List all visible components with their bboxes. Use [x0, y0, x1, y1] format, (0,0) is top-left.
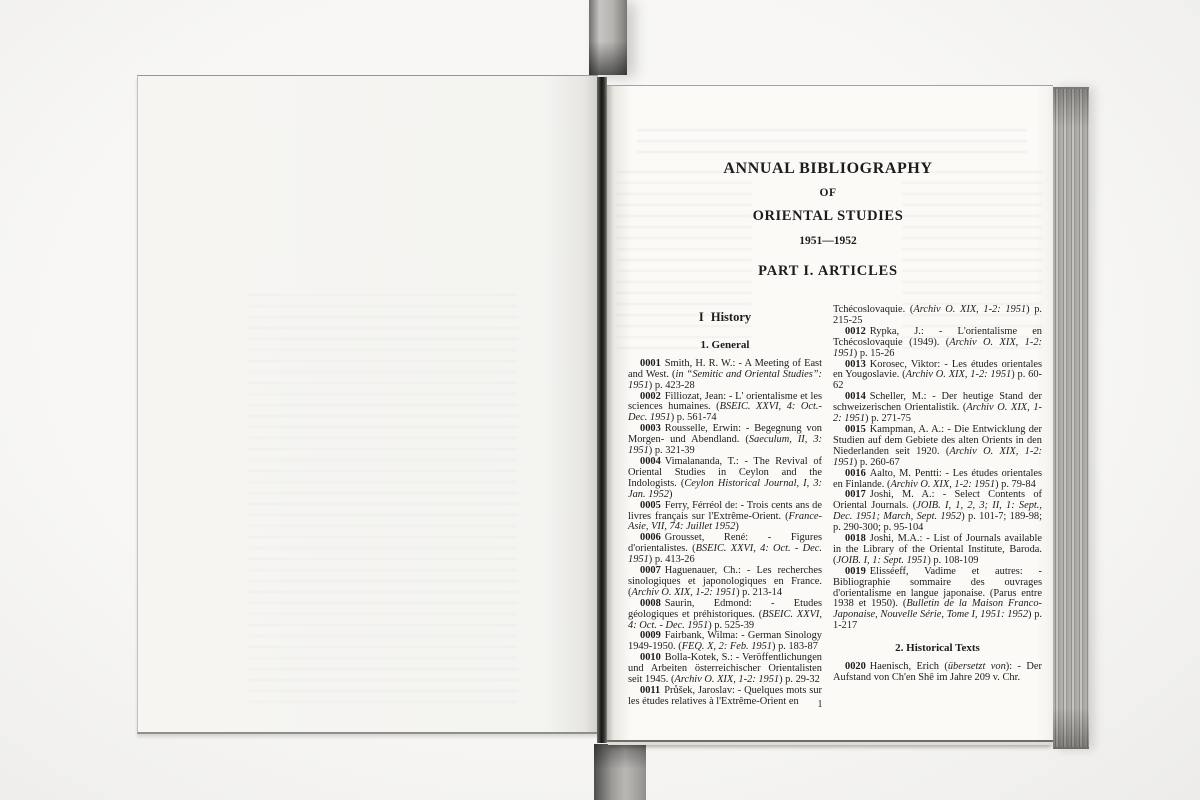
bib-entry: 0003Rousselle, Erwin: - Begegnung von Mo…: [628, 424, 822, 457]
bib-entry: 0010Bolla-Kotek, S.: - Veröffentlichunge…: [628, 653, 822, 686]
bib-entry: 0011Průšek, Jaroslav: - Quelques mots su…: [628, 686, 822, 708]
show-through-text: [248, 291, 518, 711]
bib-entry: 0004Vimalananda, T.: - The Revival of Or…: [628, 457, 822, 501]
bib-entry: 0019Elisséeff, Vadime et autres: - Bibli…: [833, 567, 1042, 632]
bib-entry: 0018Joshi, M.A.: - List of Journals avai…: [833, 534, 1042, 567]
bib-entry-number: 0011: [640, 685, 664, 696]
bib-entry: 0005Ferry, Férréol de: - Trois cents ans…: [628, 501, 822, 534]
bib-entry: 0001Smith, H. R. W.: - A Meeting of East…: [628, 359, 822, 392]
bib-entry-continuation: Tchécoslovaquie. (Archiv O. XIX, 1-2: 19…: [833, 305, 1042, 327]
bib-entry-number: 0017: [845, 489, 870, 500]
bib-entry-number: 0012: [845, 326, 870, 337]
bib-entry-number: 0019: [845, 566, 870, 577]
bib-entry: 0015Kampman, A. A.: - Die Entwicklung de…: [833, 425, 1042, 469]
right-text-column: Tchécoslovaquie. (Archiv O. XIX, 1-2: 19…: [833, 305, 1042, 684]
book-title-years: 1951—1952: [628, 235, 1028, 247]
bib-entry-number: 0015: [845, 424, 870, 435]
bib-entry: 0020Haenisch, Erich (übersetzt von): - D…: [833, 662, 1042, 684]
section-heading-history: I History: [628, 312, 822, 323]
left-text-column: I History 1. General 0001Smith, H. R. W.…: [628, 312, 822, 708]
bib-entry: 0002Filliozat, Jean: - L' orientalisme e…: [628, 392, 822, 425]
show-through-text: [637, 126, 1027, 160]
bib-entry-number: 0001: [640, 358, 665, 369]
bib-entry: 0006Grousset, René: - Figures d'oriental…: [628, 533, 822, 566]
bib-entry-number: 0003: [640, 423, 665, 434]
bib-entry-number: 0009: [640, 630, 665, 641]
subsection-heading-historical-texts: 2. Historical Texts: [833, 643, 1042, 654]
bib-entry-number: 0006: [640, 532, 665, 543]
bib-entry: 0007Haguenauer, Ch.: - Les recherches si…: [628, 566, 822, 599]
book-gutter: [597, 77, 607, 743]
bib-entry-number: 0007: [640, 565, 665, 576]
bib-entry-list: 0001Smith, H. R. W.: - A Meeting of East…: [628, 359, 822, 708]
page-number: 1: [810, 699, 830, 710]
bib-entry-number: 0013: [845, 359, 870, 370]
subsection-heading-general: 1. General: [628, 340, 822, 351]
bib-entry-number: 0005: [640, 500, 665, 511]
book-stand-bottom-strip: [594, 744, 646, 800]
bib-entry: 0016Aalto, M. Pentti: - Les études orien…: [833, 469, 1042, 491]
bib-entry-number: 0014: [845, 391, 870, 402]
page-edges-stack: [1053, 87, 1089, 749]
bib-entry: 0014Scheller, M.: - Der heutige Stand de…: [833, 392, 1042, 425]
scanned-book-spread: ANNUAL BIBLIOGRAPHY OF ORIENTAL STUDIES …: [0, 0, 1200, 800]
title-block: ANNUAL BIBLIOGRAPHY OF ORIENTAL STUDIES …: [628, 160, 1028, 280]
part-heading: PART I. ARTICLES: [628, 263, 1028, 280]
bib-entry-number: 0004: [640, 456, 665, 467]
right-page: ANNUAL BIBLIOGRAPHY OF ORIENTAL STUDIES …: [607, 85, 1053, 742]
book-stand-top-strip: [589, 0, 627, 75]
bib-entry: 0008Saurin, Edmond: - Etudes géologiques…: [628, 599, 822, 632]
book-title-line-1: ANNUAL BIBLIOGRAPHY: [628, 160, 1028, 178]
bib-entry: 0017Joshi, M. A.: - Select Contents of O…: [833, 490, 1042, 534]
bib-entry-list: 0012Rypka, J.: - L'orientalisme en Tchéc…: [833, 327, 1042, 632]
left-page-blank: [137, 75, 598, 734]
bib-entry-number: 0016: [845, 468, 870, 479]
bib-entry-number: 0010: [640, 652, 665, 663]
bib-entry-number: 0008: [640, 598, 665, 609]
book-title-line-2: OF: [628, 187, 1028, 199]
bib-entry-list: 0020Haenisch, Erich (übersetzt von): - D…: [833, 662, 1042, 684]
bib-entry: 0012Rypka, J.: - L'orientalisme en Tchéc…: [833, 327, 1042, 360]
bib-entry-number: 0020: [845, 661, 870, 672]
bib-entry: 0013Korosec, Viktor: - Les études orient…: [833, 360, 1042, 393]
book-title-line-3: ORIENTAL STUDIES: [628, 208, 1028, 225]
bib-entry-number: 0002: [640, 391, 665, 402]
bib-entry: 0009Fairbank, Wilma: - German Sinology 1…: [628, 631, 822, 653]
bib-entry-number: 0018: [845, 533, 870, 544]
